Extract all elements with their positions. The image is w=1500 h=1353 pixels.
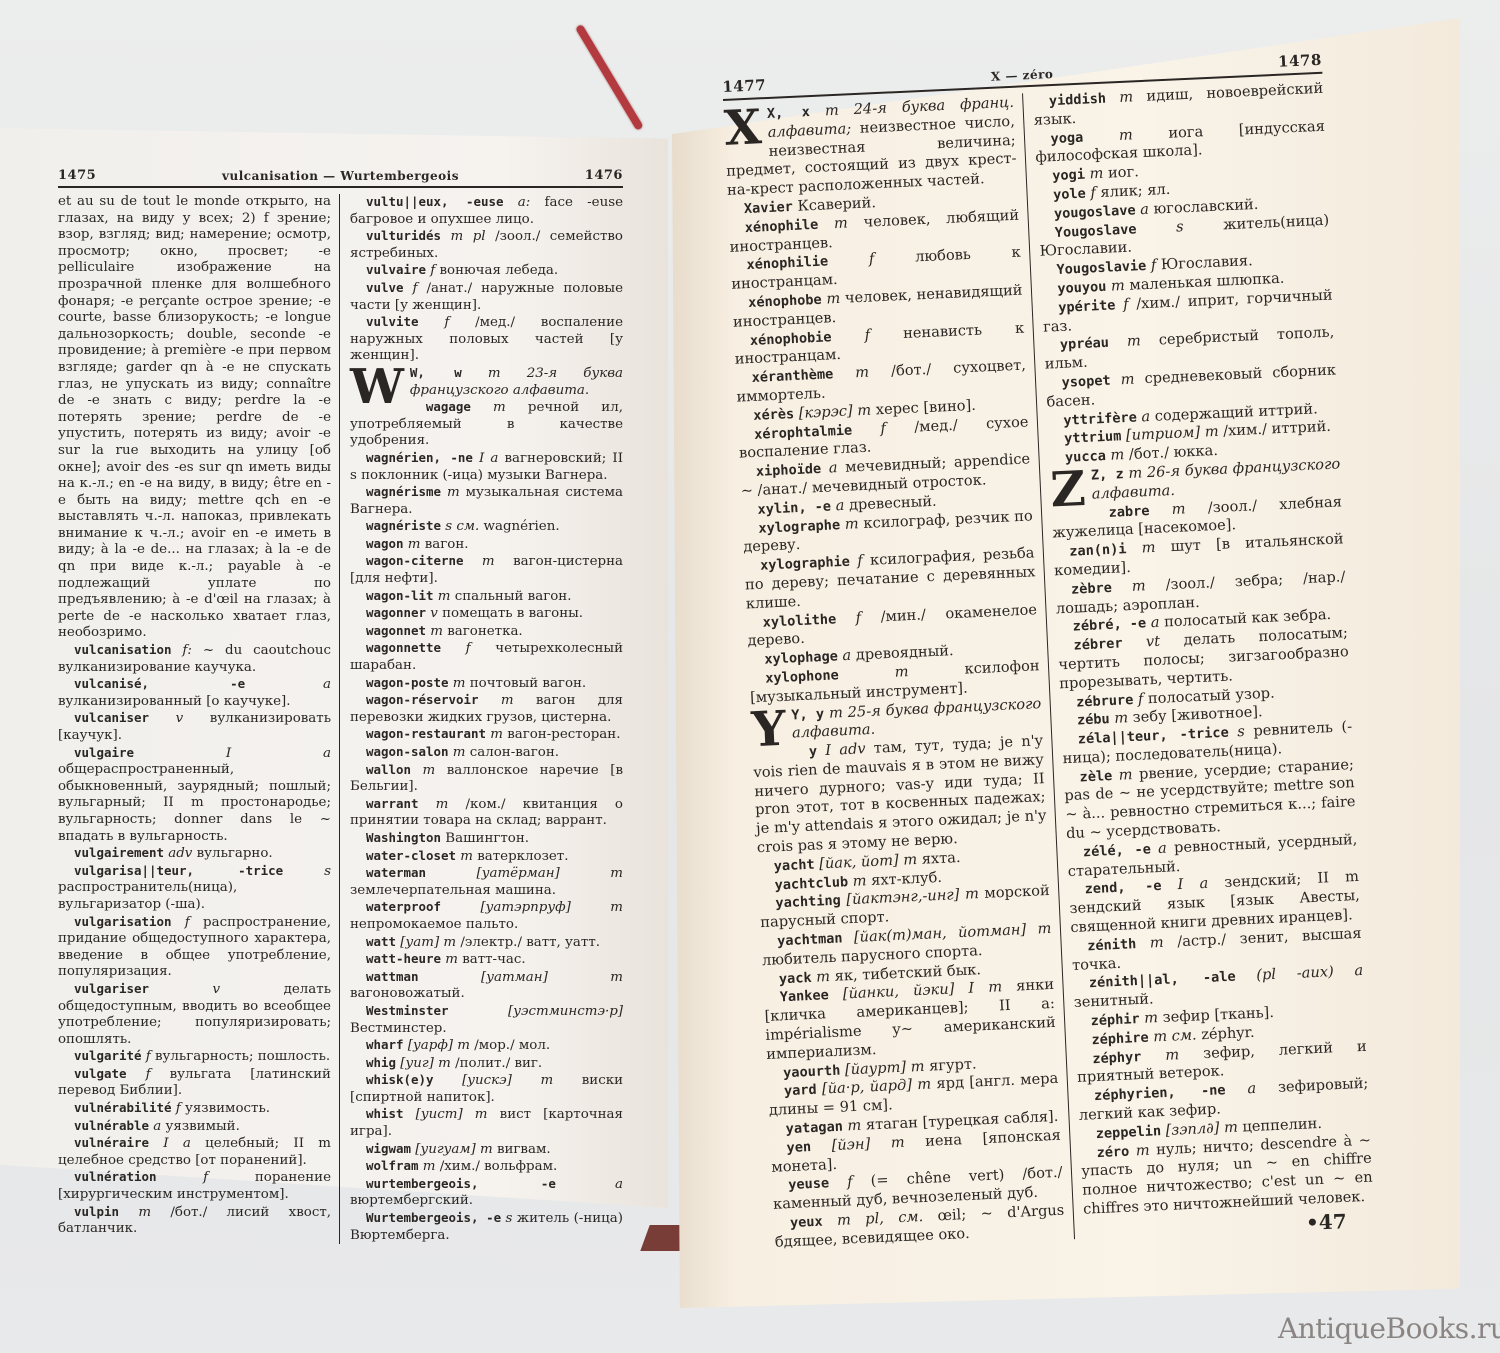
headword: wagon-lit [366,588,433,603]
headword: wagonnet [366,623,426,638]
headword: yachtman [777,930,843,949]
headword: Yougoslave [1054,221,1136,241]
headword: xylophage [764,648,838,667]
definition: вагон-ресторан. [507,727,620,742]
definition: там, тут, туда; je n'y vois rien de mauv… [753,732,1047,856]
grammar-label: s [506,1211,513,1226]
grammar-label: f [857,552,863,569]
grammar-label: f [466,641,471,656]
grammar-label: m [1165,1046,1180,1064]
dictionary-entry: wagonner v помещать в вагоны. [350,605,623,623]
dictionary-entry: waterman [уатёрман] m землечерпательная … [350,865,623,899]
headword: zeppelin [1095,1123,1161,1142]
definition: вульгарно. [197,846,273,861]
headword: wolfram [366,1158,418,1173]
dictionary-entry: Wurtembergeois, -e s житель (-ница) Вюрт… [350,1210,623,1244]
headword: yole [1053,186,1086,203]
headword: X, x [767,104,811,122]
grammar-label: m [855,364,870,382]
grammar-label: s [1176,218,1184,235]
page-number-right: 1476 [585,168,623,183]
dictionary-entry: watt [уат] m /электр./ ватт, уатт. [350,934,623,952]
headword: yucca [1065,448,1107,466]
headword: vulgaire [74,745,134,760]
grammar-label: adv [168,846,192,861]
grammar-label: f [855,609,861,626]
headword: xylophone [765,667,839,686]
grammar-label: f [1151,257,1157,274]
headword: whig [366,1055,396,1070]
definition: Ксаверий. [797,194,876,215]
headword: yen [786,1139,811,1156]
headword: wagnérien, -ne [366,450,473,465]
headword: vultu||eux, -euse [366,194,503,209]
grammar-label: m [1120,371,1135,389]
headword: Wurtembergeois, -e [366,1210,501,1225]
headword: ypérite [1058,297,1116,316]
headword: wattman [366,969,418,984]
dictionary-entry: vulnéraire I a целебный; II m целебное с… [58,1135,331,1169]
headword: yacht [773,856,815,874]
grammar-label: f [203,1170,208,1185]
headword: wagon-salon [366,744,448,759]
headword: xénophobe [748,292,822,311]
dictionary-entry: warrant m /ком./ квитанция о принятии то… [350,796,623,830]
grammar-label: m [453,745,466,760]
headword: Yougoslavie [1056,258,1146,278]
grammar-label: a [1140,201,1149,218]
grammar-label: a [1141,407,1150,424]
definition: ялик; ял. [1100,181,1171,201]
definition: уязвимость. [185,1101,270,1116]
headword: vulturidés [366,228,441,243]
dictionary-entry: vulcaniser v вулканизировать [каучук]. [58,710,331,744]
headword: xylographe [758,517,840,537]
headword: yogi [1052,167,1085,184]
headword: yachtclub [774,874,848,893]
headword: yachting [775,893,841,912]
headword: yatagan [785,1119,843,1138]
headword: wagnérisme [366,484,441,499]
headword: zébré, -e [1072,616,1146,635]
grammar-label: f [444,315,449,330]
definition: вагоновожатый. [350,986,465,1001]
grammar-label: m pl [451,229,486,244]
grammar-label: m [1119,88,1134,106]
headword: vulgarisation [74,914,171,929]
grammar-label: [уист] m [416,1107,488,1122]
dictionary-entry: wagonnet m вагонетка. [350,623,623,641]
definition: иог. [1108,163,1140,181]
definition: помещать в вагоны. [442,606,583,621]
headword: xylographie [760,554,850,574]
headword: xéranthème [751,366,833,386]
headword: ysopet [1061,373,1111,391]
dictionary-entry: Yankee [йанки, йэки] I m янки [кличка ам… [763,976,1057,1064]
grammar-label: m [1118,126,1133,144]
definition: Югославия. [1161,252,1253,273]
dictionary-entry: vulgaire I a общераспространенный, обыкн… [58,745,331,846]
headword: vulnérable [74,1118,149,1133]
headword: yard [784,1082,817,1099]
grammar-label: s см. [445,519,479,534]
headword: wagon-citerne [366,553,463,568]
dictionary-entry: watt-heure m ватт-час. [350,951,623,969]
grammar-label: m [894,663,909,681]
right-page-content: 1477 X — zéro 1478 XX, x m 24-я буква фр… [722,51,1375,1253]
definition: /хим./ иттрий. [1223,418,1331,440]
headword: yack [779,970,812,987]
dictionary-entry: wagon-réservoir m вагон для перевозки жи… [350,692,623,726]
headword: whisk(e)y [366,1072,433,1087]
headword: wagon-réservoir [366,692,478,707]
headword: vulnérabilité [74,1100,171,1115]
grammar-label: m [816,968,831,986]
headword: xylin, -e [757,498,831,517]
grammar-label: m [1131,577,1146,595]
definition: ватт-час. [462,952,525,967]
dictionary-entry: zéro m нуль; ничто; descendre à ~ упасть… [1080,1131,1374,1219]
definition: /бот./ юкка. [1129,442,1219,463]
grammar-label: a [828,459,837,476]
page-number-left: 1475 [58,168,96,183]
grammar-label: [йак, йот] m [819,851,918,872]
headword: yougoslave [1054,202,1136,222]
headword: wagonner [366,605,426,620]
watermark: AntiqueBooks.ru [1278,1312,1500,1345]
running-head: vulcanisation — Wurtembergeois [222,169,459,183]
grammar-label: [уатёрман] m [476,866,623,881]
headword: Westminster [366,1003,448,1018]
headword: youyou [1057,279,1107,297]
headword: yttrifère [1063,409,1137,428]
grammar-label: m [453,676,466,691]
grammar-label: a [1247,1080,1256,1097]
drop-cap-letter: W [350,367,404,407]
dictionary-entry: vulgarisation f распространение, придани… [58,914,331,981]
headword: zèle [1079,768,1112,785]
headword: xénophobie [750,329,832,349]
left-page-header: 1475 vulcanisation — Wurtembergeois 1476 [58,168,623,188]
grammar-label: m [826,290,841,308]
headword: ypréau [1060,335,1110,353]
running-head: X — zéro [991,67,1054,84]
grammar-label: m [430,624,443,639]
definition: вигвам. [497,1142,551,1157]
grammar-label: a [1150,614,1159,631]
grammar-label: m [1114,710,1129,728]
definition: вульгарность; пошлость. [155,1049,330,1064]
page-number-left: 1477 [722,76,767,96]
dictionary-entry: vulvite f /мед./ воспаление наружных пол… [350,314,623,365]
headword: xérès [753,406,795,424]
signature-mark: •47 [1306,1209,1347,1234]
grammar-label: m [138,1205,151,1220]
headword: waterproof [366,899,441,914]
headword: vulgarité [74,1048,141,1063]
grammar-label: m [1144,1009,1159,1027]
grammar-label: m [423,763,436,778]
headword: W, w [410,365,462,380]
definition: /полит./ виг. [455,1056,542,1071]
grammar-label: a [153,1119,161,1134]
grammar-label: f [146,1067,151,1082]
grammar-label: m [1110,446,1125,464]
drop-cap-letter: Y [751,708,787,750]
grammar-label: I a [1177,875,1208,893]
grammar-label: m [1149,934,1164,952]
dictionary-entry: wagnérien, -ne I a вагнеровский; II s по… [350,450,623,484]
definition: спальный вагон. [455,589,572,604]
headword: vulcanisation [74,642,171,657]
headword: zébu [1077,711,1110,728]
headword: zébrer [1073,636,1123,654]
definition: et au su de tout le monde открыто, на гл… [58,194,331,640]
grammar-label: f [176,1101,181,1116]
grammar-label: f [880,419,886,436]
dictionary-entry: waterproof [уатэрпруф] m непромокаемое п… [350,899,623,933]
headword: vulve [366,280,404,295]
grammar-label: m [844,515,859,533]
headword: wigwam [366,1141,411,1156]
grammar-label: f [1090,184,1096,201]
grammar-label: m см. [1153,1026,1197,1045]
dictionary-entry: vulcanisé, -e a вулканизированный [о кау… [58,676,331,710]
headword: watt [366,934,396,949]
definition: зенитный. [1073,991,1154,1012]
grammar-label: f [847,1174,853,1191]
definition: /мор./ мол. [474,1038,550,1053]
grammar-label: [йа·р, йард] m [822,1076,932,1098]
grammar-label: m [852,872,867,890]
headword: vulnéraire [74,1135,149,1150]
headword: whist [366,1106,404,1121]
definition: салон-вагон. [470,745,559,760]
grammar-label: a [615,1177,623,1192]
dictionary-entry: wigwam [уигуам] m вигвам. [350,1141,623,1159]
definition: яхт-клуб. [871,869,943,889]
dictionary-entry: wharf [уарф] m /мор./ мол. [350,1037,623,1055]
headword: watt-heure [366,951,441,966]
drop-cap-letter: X [723,107,762,149]
grammar-label: f [869,251,875,268]
headword: vulcanisé, -e [74,676,245,691]
dictionary-entry: WW, w m 23-я буква французского алфавита… [350,365,623,399]
grammar-label: m [445,952,458,967]
headword: Y, y [791,706,825,723]
grammar-label: [кэрэс] m [798,401,871,421]
headword: vulvaire [366,262,426,277]
headword: yeux [790,1214,823,1231]
grammar-label: f [864,326,870,343]
grammar-label: f [413,281,418,296]
headword: vulcaniser [74,710,149,725]
headword: zéphyr [1092,1049,1142,1067]
grammar-label: m [482,554,495,569]
headword: zébrure [1076,691,1134,710]
dictionary-entry: vulnération f поранение [хирургическим и… [58,1169,331,1203]
right-page-column-1: XX, x m 24-я буква франц. алфавита; неиз… [723,93,1074,1252]
dictionary-entry: wagnérisme m музыкальная система Вагнера… [350,484,623,518]
grammar-label: [уискэ] m [462,1073,553,1088]
dictionary-entry: wagon-citerne m вагон-цистерна [для нефт… [350,553,623,587]
grammar-label: m [834,214,849,232]
dictionary-entry: wagon-salon m салон-вагон. [350,744,623,762]
definition: непромокаемое пальто. [350,917,518,932]
headword: Yankee [779,988,829,1006]
definition: ватерклозет. [477,849,568,864]
definition: вагон. [425,537,469,552]
grammar-label: (pl -aux) a [1256,962,1364,984]
grammar-label: [йаурт] m [845,1057,925,1078]
definition: яхта. [921,849,961,868]
grammar-label: I a [163,1136,191,1151]
grammar-label: m [1111,277,1126,295]
grammar-label: s [1237,723,1245,740]
grammar-label: [уиг] m [400,1056,451,1071]
headword: vulgate [74,1066,126,1081]
grammar-label: vt [1146,633,1161,651]
headword: vulgariser [74,981,149,996]
dictionary-entry: XX, x m 24-я буква франц. алфавита; неиз… [723,94,1017,201]
dictionary-entry: vulcanisation f: ~ du caoutchouc вулкани… [58,642,331,676]
headword: xiphoïde [756,461,822,480]
grammar-label: m [1127,333,1142,351]
dictionary-entry: vulgarisa||teur, -trice s распространите… [58,863,331,914]
definition: вонючая лебеда. [439,263,558,278]
grammar-label: m [493,400,506,415]
dictionary-entry: zèle m рвение, усердие; старание; pas de… [1063,756,1357,844]
definition: общераспространенный, обыкновенный, заур… [58,762,331,843]
definition: землечерпательная машина. [350,883,556,898]
headword: xénophilie [746,254,828,274]
headword: xénophile [744,217,818,236]
headword: Xavier [744,199,794,217]
dictionary-entry: wolfram m /хим./ вольфрам. [350,1158,623,1176]
headword: Z, z [1091,466,1124,483]
dictionary-entry: vulpin m /бот./ лисий хвост, батланчик. [58,1204,331,1238]
definition: wagnérien. [484,519,560,534]
definition: zéphyr. [1201,1024,1255,1043]
dictionary-entry: vulgairement adv вульгарно. [58,845,331,863]
grammar-label: a [1158,839,1167,856]
grammar-label: I adv [825,740,866,759]
dictionary-entry: vulnérabilité f уязвимость. [58,1100,331,1118]
headword: wallon [366,762,411,777]
grammar-label: f [1138,690,1144,707]
dictionary-entry: wallon m валлонское наречие [в Бельгии]. [350,762,623,796]
definition: зефир [ткань]. [1162,1004,1274,1026]
dictionary-entry: vulturidés m pl /зоол./ семейство ястреб… [350,228,623,262]
headword: wagage [426,399,471,414]
grammar-label: v [213,982,221,997]
grammar-label: m [490,727,503,742]
headword: vulgairement [74,845,164,860]
grammar-label: f [146,1049,151,1064]
grammar-label: m [447,485,460,500]
grammar-label: m [501,693,514,708]
headword: wurtembergeois, -e [366,1176,556,1191]
grammar-label: m [1141,539,1156,557]
headword: vulpin [74,1204,119,1219]
grammar-label: [уэстминстэ·р] [508,1004,623,1019]
definition: Вестминстер. [350,1021,447,1036]
grammar-label: a [835,497,844,514]
grammar-label: a [323,677,331,692]
definition: вюртембергский. [350,1193,473,1208]
dictionary-entry: wagnériste s см. wagnérien. [350,518,623,536]
headword: warrant [366,796,418,811]
dictionary-entry: vulgate f вульгата [латинский перевод Би… [58,1066,331,1100]
grammar-label: m [423,1159,436,1174]
dictionary-entry: whisk(e)y [уискэ] m виски [спиртной напи… [350,1072,623,1106]
dictionary-entry: vulgariser v делать общедоступным, вводи… [58,981,331,1048]
headword: zéphir [1090,1011,1140,1029]
headword: zéphire [1091,1029,1149,1048]
headword: wagon [366,536,404,551]
left-page-column-1: et au su de tout le monde открыто, на гл… [58,194,340,1244]
dictionary-entry: vulve f /анат./ наружные половые части [… [350,280,623,314]
grammar-label: [уат] m [400,935,456,950]
grammar-label: m [438,589,451,604]
definition: /хим./ вольфрам. [440,1159,558,1174]
dictionary-entry: wagonnette f четырехколесный шарабан. [350,640,623,674]
dictionary-entry: vulvaire f вонючая лебеда. [350,262,623,280]
dictionary-entry: wattman [уатман] m вагоновожатый. [350,969,623,1003]
headword: yaourth [783,1062,841,1081]
grammar-label: [итриом] m [1126,423,1219,444]
headword: vulnération [74,1169,156,1184]
grammar-label: f [1123,296,1129,313]
headword: wagon-restaurant [366,726,486,741]
grammar-label: f: [182,643,191,658]
dictionary-entry: Washington Вашингтон. [350,830,623,848]
left-page-content: 1475 vulcanisation — Wurtembergeois 1476… [58,168,623,1244]
definition: древесный. [849,492,937,513]
headword: zèbre [1071,580,1113,598]
dictionary-entry: wagon m вагон. [350,536,623,554]
grammar-label: I a [479,451,498,466]
definition: ягурт. [929,1055,977,1074]
definition: цеппелин. [1242,1115,1322,1136]
headword: zénith [1087,936,1137,954]
left-page-column-2: vultu||eux, -euse a: face -euse багровое… [340,194,623,1244]
headword: vulgarisa||teur, -trice [74,863,283,878]
definition: вулканизированный [о каучуке]. [58,694,290,709]
grammar-label: m pl, см. [837,1208,924,1229]
definition: распространитель(ница), вульгаризатор (-… [58,880,237,912]
headword: vulvite [366,314,418,329]
grammar-label: a [842,647,851,664]
drop-cap-letter: Z [1050,469,1087,511]
grammar-label: m [1089,165,1104,183]
grammar-label: [уатман] m [481,970,623,985]
headword: wagon-poste [366,675,448,690]
headword: wagonnette [366,640,441,655]
grammar-label: s [324,864,331,879]
grammar-label: [уарф] m [408,1038,470,1053]
definition: /электр./ ватт, уатт. [460,935,600,950]
dictionary-entry: vulnérable a уязвимый. [58,1118,331,1136]
dictionary-entry: wagon-restaurant m вагон-ресторан. [350,726,623,744]
grammar-label: m [847,1117,862,1135]
right-page-column-2: yiddish m идиш, новоеврейский язык.yoga … [1023,80,1375,1239]
grammar-label: m [460,849,473,864]
grammar-label: [йэн] m [831,1134,905,1154]
headword: yoga [1050,129,1083,146]
headword: zabre [1108,503,1150,521]
headword: zéro [1096,1143,1129,1160]
